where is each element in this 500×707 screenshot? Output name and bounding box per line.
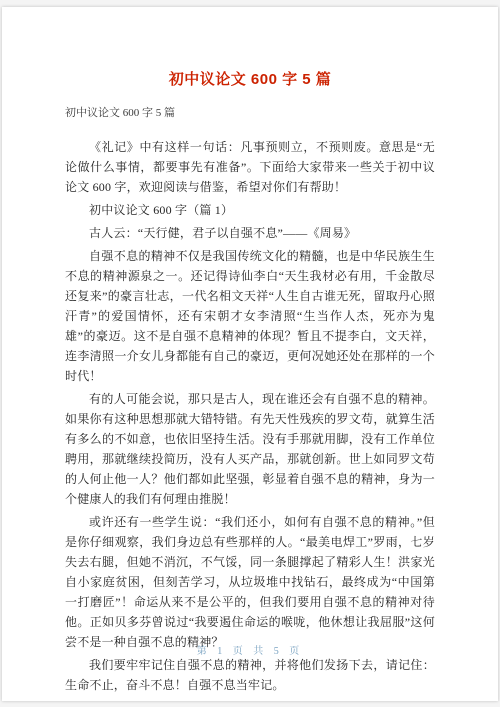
document-title: 初中议论文 600 字 5 篇	[65, 68, 435, 92]
section-heading: 初中议论文 600 字（篇 1）	[65, 200, 435, 220]
intro-paragraph: 《礼记》中有这样一句话：凡事预则立，不预则废。意思是“无论做什么事情，都要事先有…	[65, 137, 435, 197]
body-paragraph: 或许还有一些学生说：“我们还小，如何有自强不息的精神。”但是你仔细观察，我们身边…	[65, 512, 435, 652]
document-subtitle: 初中议论文 600 字 5 篇	[65, 106, 435, 121]
body-paragraph: 自强不息的精神不仅是我国传统文化的精髓，也是中华民族生生不息的精神源泉之一。还记…	[65, 246, 435, 386]
document-page: 初中议论文 600 字 5 篇 初中议论文 600 字 5 篇 《礼记》中有这样…	[2, 7, 498, 701]
closing-paragraph: 我们要牢牢记住自强不息的精神，并将他们发扬下去，请记住：生命不止，奋斗不息！自强…	[65, 655, 435, 695]
document-viewer: 初中议论文 600 字 5 篇 初中议论文 600 字 5 篇 《礼记》中有这样…	[0, 0, 500, 707]
quote-paragraph: 古人云：“天行健，君子以自强不息”——《周易》	[65, 223, 435, 243]
page-number-footer: 第 1 页 共 5 页	[2, 642, 498, 657]
body-paragraph: 有的人可能会说，那只是古人，现在谁还会有自强不息的精神。如果你有这种思想那就大错…	[65, 389, 435, 509]
document-body: 《礼记》中有这样一句话：凡事预则立，不预则废。意思是“无论做什么事情，都要事先有…	[65, 137, 435, 695]
